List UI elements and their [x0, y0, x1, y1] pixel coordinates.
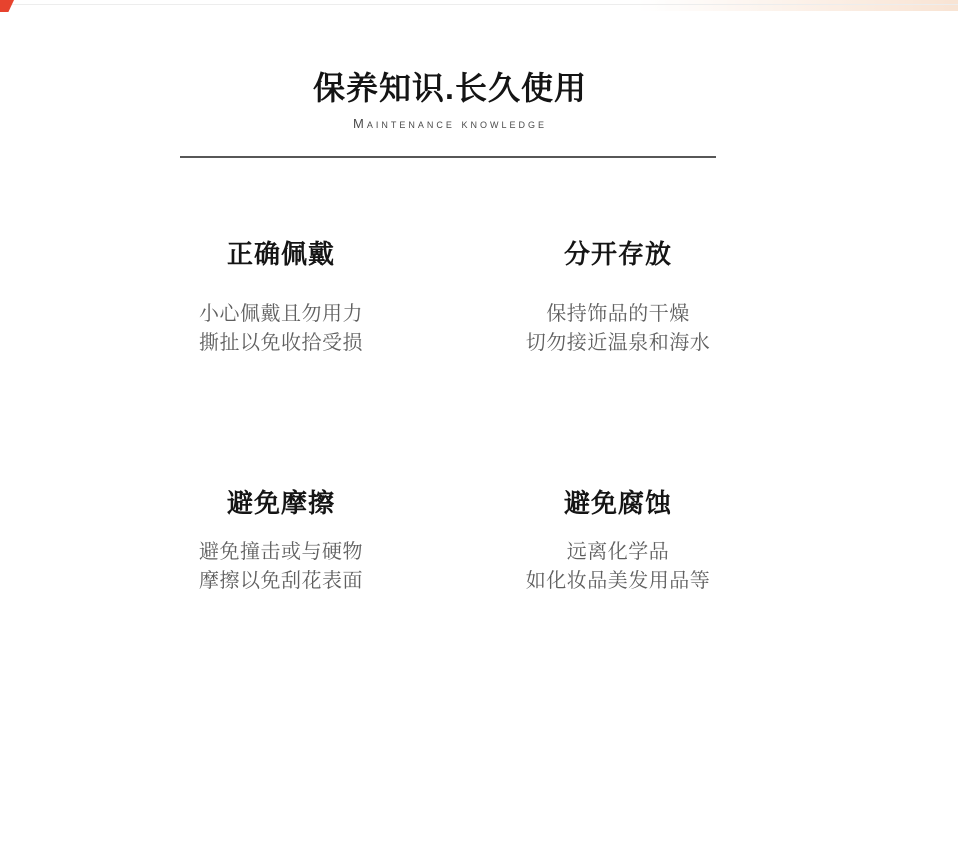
- tip-avoid-friction: 避免摩擦 避免撞击或与硬物 摩擦以免刮花表面: [121, 486, 441, 596]
- tip-body: 保持饰品的干燥 切勿接近温泉和海水: [458, 300, 778, 358]
- tip-body-line: 如化妆品美发用品等: [458, 567, 778, 596]
- top-right-glow-decoration: [638, 0, 958, 11]
- header-underline: [180, 156, 716, 158]
- tip-correct-wearing: 正确佩戴 小心佩戴且勿用力 撕扯以免收拾受损: [121, 237, 441, 358]
- section-title: 保养知识.长久使用: [0, 68, 900, 108]
- tip-body: 小心佩戴且勿用力 撕扯以免收拾受损: [121, 300, 441, 358]
- tip-body-line: 远离化学品: [458, 538, 778, 567]
- tip-store-separately: 分开存放 保持饰品的干燥 切勿接近温泉和海水: [458, 237, 778, 358]
- tip-body-line: 避免撞击或与硬物: [121, 538, 441, 567]
- tip-body-line: 摩擦以免刮花表面: [121, 567, 441, 596]
- tip-body: 远离化学品 如化妆品美发用品等: [458, 538, 778, 596]
- red-corner-mark: [0, 0, 14, 12]
- tip-body-line: 保持饰品的干燥: [458, 300, 778, 329]
- tip-body: 避免撞击或与硬物 摩擦以免刮花表面: [121, 538, 441, 596]
- section-header: 保养知识.长久使用 Maintenance knowledge: [0, 68, 900, 131]
- top-divider-line: [0, 4, 958, 5]
- tip-body-line: 切勿接近温泉和海水: [458, 329, 778, 358]
- tip-avoid-corrosion: 避免腐蚀 远离化学品 如化妆品美发用品等: [458, 486, 778, 596]
- maintenance-knowledge-section: 保养知识.长久使用 Maintenance knowledge 正确佩戴 小心佩…: [0, 0, 958, 844]
- tip-body-line: 小心佩戴且勿用力: [121, 300, 441, 329]
- tip-title: 避免摩擦: [121, 486, 441, 520]
- tip-title: 避免腐蚀: [458, 486, 778, 520]
- tip-title: 正确佩戴: [121, 237, 441, 271]
- section-subtitle: Maintenance knowledge: [0, 116, 900, 131]
- tip-body-line: 撕扯以免收拾受损: [121, 329, 441, 358]
- tip-title: 分开存放: [458, 237, 778, 271]
